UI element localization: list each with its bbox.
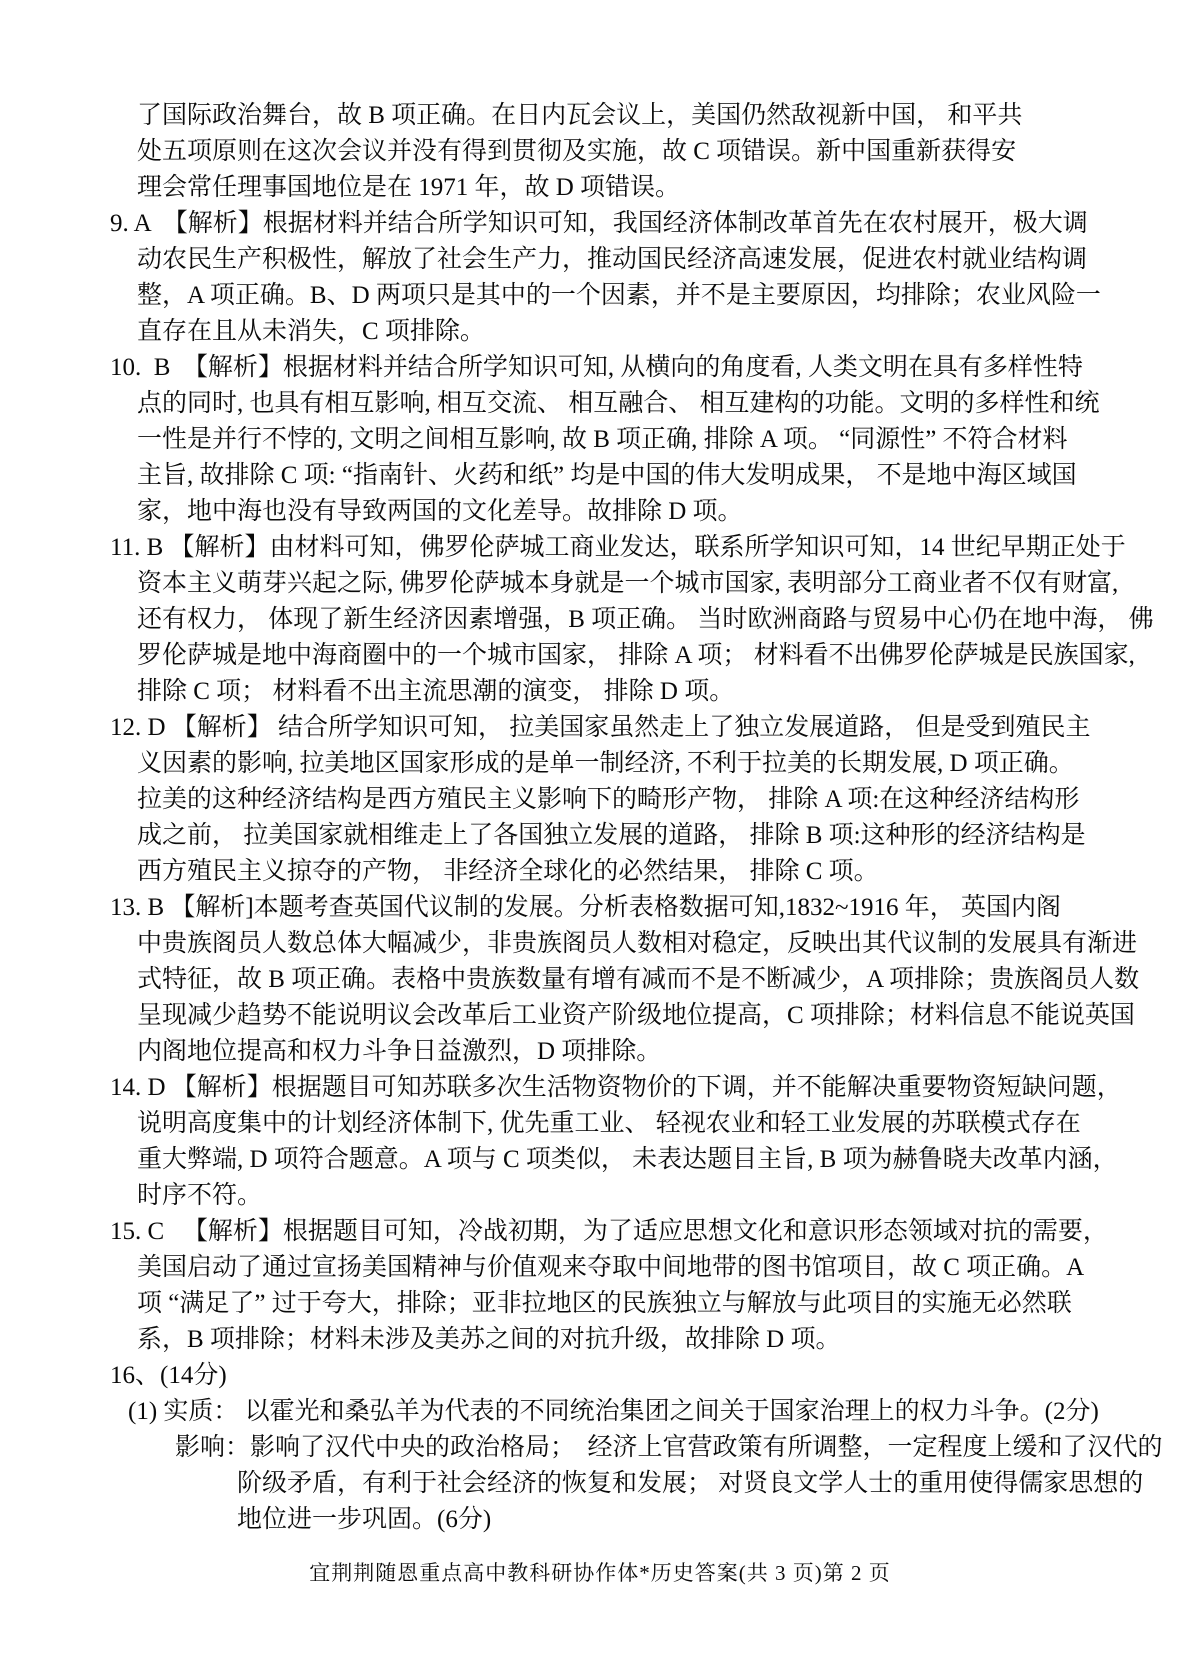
text-line: 罗伦萨城是地中海商圈中的一个城市国家， 排除 A 项； 材料看不出佛罗伦萨城是民… bbox=[137, 638, 1200, 674]
text-line: 10. B 【解析】根据材料并结合所学知识可知, 从横向的角度看, 人类文明在具… bbox=[110, 350, 1200, 386]
text-line: (1) 实质： 以霍光和桑弘羊为代表的不同统治集团之间关于国家治理上的权力斗争。… bbox=[128, 1394, 1200, 1430]
text-line: 整，A 项正确。B、D 两项只是其中的一个因素，并不是主要原因，均排除；农业风险… bbox=[137, 278, 1200, 314]
text-line: 13. B 【解析]本题考查英国代议制的发展。分析表格数据可知,1832~191… bbox=[110, 890, 1200, 926]
text-line: 动农民生产积极性，解放了社会生产力，推动国民经济高速发展，促进农村就业结构调 bbox=[137, 242, 1200, 278]
text-line: 15. C 【解析】根据题目可知，冷战初期，为了适应思想文化和意识形态领域对抗的… bbox=[110, 1214, 1200, 1250]
answer-sheet-page: 了国际政治舞台，故 B 项正确。在日内瓦会议上，美国仍然敌视新中国， 和平共处五… bbox=[0, 0, 1200, 1662]
text-line: 中贵族阁员人数总体大幅减少，非贵族阁员人数相对稳定，反映出其代议制的发展具有渐进 bbox=[137, 926, 1200, 962]
text-line: 地位进一步巩固。(6分) bbox=[237, 1502, 1200, 1538]
text-line: 义因素的影响, 拉美地区国家形成的是单一制经济, 不利于拉美的长期发展, D 项… bbox=[137, 746, 1200, 782]
text-line: 排除 C 项； 材料看不出主流思潮的演变， 排除 D 项。 bbox=[137, 674, 1200, 710]
text-line: 呈现减少趋势不能说明议会改革后工业资产阶级地位提高，C 项排除；材料信息不能说英… bbox=[137, 998, 1200, 1034]
text-line: 16、(14分) bbox=[110, 1358, 1200, 1394]
text-line: 系，B 项排除；材料未涉及美苏之间的对抗升级，故排除 D 项。 bbox=[137, 1322, 1200, 1358]
text-line: 拉美的这种经济结构是西方殖民主义影响下的畸形产物， 排除 A 项:在这种经济结构… bbox=[137, 782, 1200, 818]
text-line: 西方殖民主义掠夺的产物， 非经济全球化的必然结果， 排除 C 项。 bbox=[137, 854, 1200, 890]
text-line: 家，地中海也没有导致两国的文化差导。故排除 D 项。 bbox=[137, 494, 1200, 530]
text-line: 主旨, 故排除 C 项: “指南针、火药和纸” 均是中国的伟大发明成果， 不是地… bbox=[137, 458, 1200, 494]
text-line: 资本主义萌芽兴起之际, 佛罗伦萨城本身就是一个城市国家, 表明部分工商业者不仅有… bbox=[137, 566, 1200, 602]
text-line: 12. D 【解析】 结合所学知识可知， 拉美国家虽然走上了独立发展道路， 但是… bbox=[110, 710, 1200, 746]
text-line: 阶级矛盾，有利于社会经济的恢复和发展； 对贤良文学人士的重用使得儒家思想的 bbox=[237, 1466, 1200, 1502]
text-line: 成之前， 拉美国家就相维走上了各国独立发展的道路， 排除 B 项:这种形的经济结… bbox=[137, 818, 1200, 854]
text-line: 还有权力， 体现了新生经济因素增强，B 项正确。 当时欧洲商路与贸易中心仍在地中… bbox=[137, 602, 1200, 638]
text-line: 处五项原则在这次会议并没有得到贯彻及实施，故 C 项错误。新中国重新获得安 bbox=[137, 134, 1200, 170]
text-line: 说明高度集中的计划经济体制下, 优先重工业、 轻视农业和轻工业发展的苏联模式存在 bbox=[137, 1106, 1200, 1142]
text-line: 时序不符。 bbox=[137, 1178, 1200, 1214]
text-line: 了国际政治舞台，故 B 项正确。在日内瓦会议上，美国仍然敌视新中国， 和平共 bbox=[137, 98, 1200, 134]
page-footer: 宜荆荆随恩重点高中教科研协作体*历史答案(共 3 页)第 2 页 bbox=[0, 1558, 1200, 1588]
text-line: 影响：影响了汉代中央的政治格局； 经济上官营政策有所调整，一定程度上缓和了汉代的 bbox=[175, 1430, 1200, 1466]
text-line: 9. A 【解析】根据材料并结合所学知识可知，我国经济体制改革首先在农村展开，极… bbox=[110, 206, 1200, 242]
text-line: 一性是并行不悖的, 文明之间相互影响, 故 B 项正确, 排除 A 项。 “同源… bbox=[137, 422, 1200, 458]
text-line: 14. D 【解析】根据题目可知苏联多次生活物资物价的下调，并不能解决重要物资短… bbox=[110, 1070, 1200, 1106]
text-line: 重大弊端, D 项符合题意。A 项与 C 项类似， 未表达题目主旨, B 项为赫… bbox=[137, 1142, 1200, 1178]
document-lines: 了国际政治舞台，故 B 项正确。在日内瓦会议上，美国仍然敌视新中国， 和平共处五… bbox=[0, 98, 1200, 1538]
text-line: 直存在且从未消失，C 项排除。 bbox=[137, 314, 1200, 350]
text-line: 美国启动了通过宣扬美国精神与价值观来夺取中间地带的图书馆项目，故 C 项正确。A bbox=[137, 1250, 1200, 1286]
text-line: 理会常任理事国地位是在 1971 年，故 D 项错误。 bbox=[137, 170, 1200, 206]
text-line: 内阁地位提高和权力斗争日益激烈，D 项排除。 bbox=[137, 1034, 1200, 1070]
text-line: 11. B 【解析】由材料可知，佛罗伦萨城工商业发达，联系所学知识可知，14 世… bbox=[110, 530, 1200, 566]
text-line: 点的同时, 也具有相互影响, 相互交流、 相互融合、 相互建构的功能。文明的多样… bbox=[137, 386, 1200, 422]
document-body: 了国际政治舞台，故 B 项正确。在日内瓦会议上，美国仍然敌视新中国， 和平共处五… bbox=[0, 98, 1200, 1588]
text-line: 项 “满足了” 过于夸大，排除；亚非拉地区的民族独立与解放与此项目的实施无必然联 bbox=[137, 1286, 1200, 1322]
text-line: 式特征，故 B 项正确。表格中贵族数量有增有减而不是不断减少，A 项排除；贵族阁… bbox=[137, 962, 1200, 998]
